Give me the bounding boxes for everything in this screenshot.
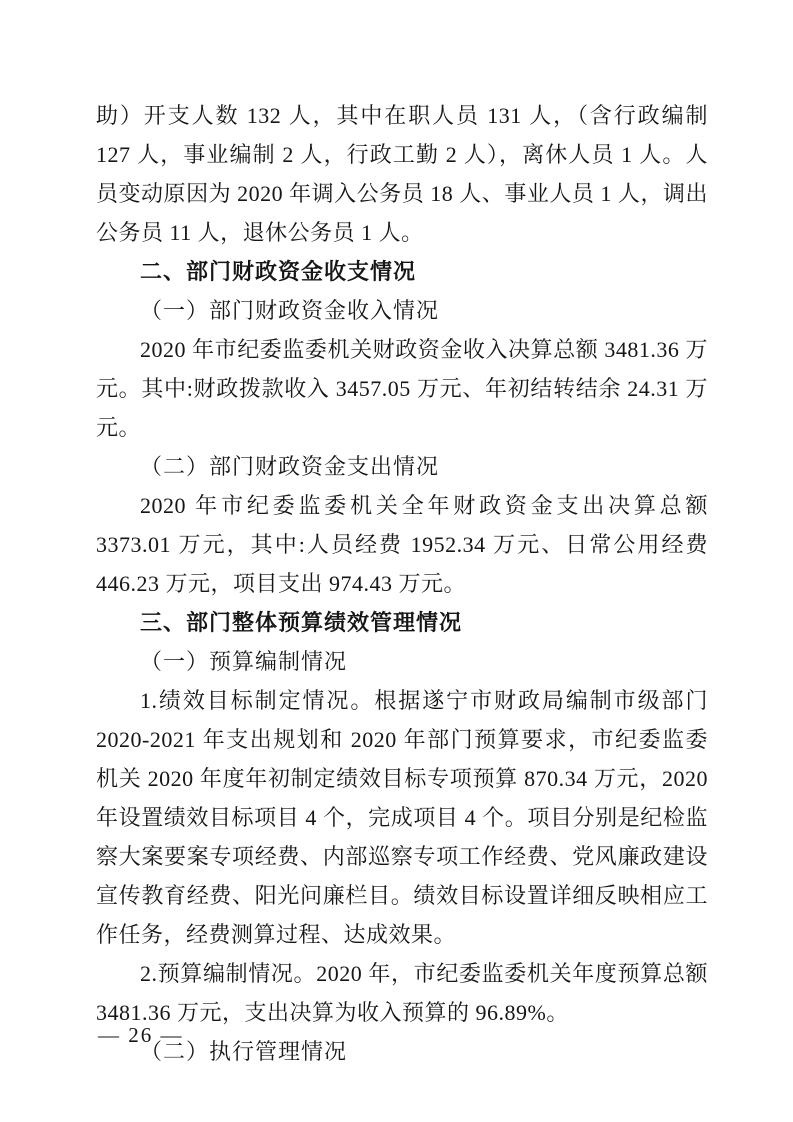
subsection-heading-3-1: （一）预算编制情况 [96,642,708,681]
paragraph-income: 2020 年市纪委监委机关财政资金收入决算总额 3481.36 万元。其中:财政… [96,330,708,447]
paragraph-personnel: 助）开支人数 132 人，其中在职人员 131 人，（含行政编制 127 人，事… [96,96,708,252]
section-heading-2: 二、部门财政资金收支情况 [96,252,708,291]
subsection-heading-2-1: （一）部门财政资金收入情况 [96,291,708,330]
paragraph-performance-goals: 1.绩效目标制定情况。根据遂宁市财政局编制市级部门 2020-2021 年支出规… [96,681,708,954]
document-page: 助）开支人数 132 人，其中在职人员 131 人，（含行政编制 127 人，事… [0,0,793,1122]
subsection-heading-3-2: （二）执行管理情况 [96,1032,708,1071]
page-number: — 26 — [98,1022,184,1048]
paragraph-budget-compilation: 2.预算编制情况。2020 年，市纪委监委机关年度预算总额 3481.36 万元… [96,954,708,1032]
section-heading-3: 三、部门整体预算绩效管理情况 [96,603,708,642]
paragraph-expenditure: 2020 年市纪委监委机关全年财政资金支出决算总额 3373.01 万元，其中:… [96,486,708,603]
document-body: 助）开支人数 132 人，其中在职人员 131 人，（含行政编制 127 人，事… [96,96,708,1071]
subsection-heading-2-2: （二）部门财政资金支出情况 [96,447,708,486]
